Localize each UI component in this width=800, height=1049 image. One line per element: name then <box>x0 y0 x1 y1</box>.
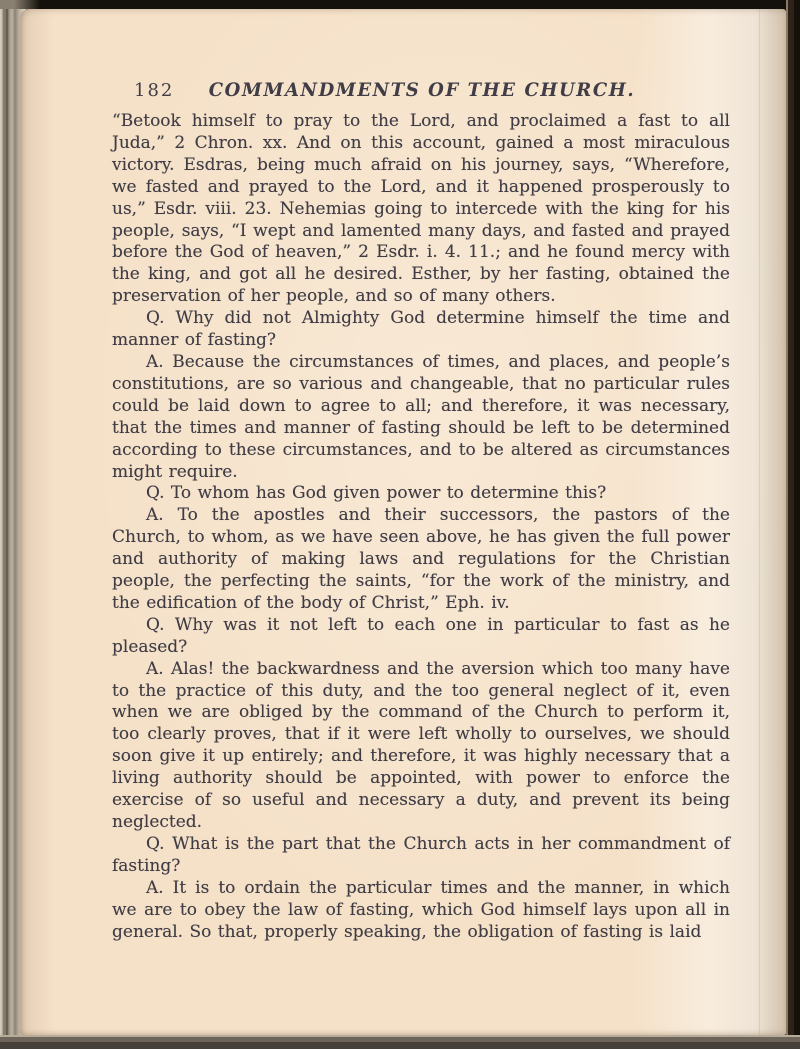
question-2: Q. To whom has God given power to determ… <box>112 483 730 505</box>
page-fore-edge-crease <box>759 9 760 1035</box>
answer-4: A. It is to ordain the particular times … <box>112 878 730 944</box>
running-title: COMMANDMENTS OF THE CHURCH. <box>112 80 732 101</box>
scan-top-border <box>0 0 800 9</box>
book-page: 182 COMMANDMENTS OF THE CHURCH. “Betook … <box>20 9 786 1035</box>
question-1: Q. Why did not Almighty God determine hi… <box>112 308 730 352</box>
scan-right-border <box>786 0 800 1049</box>
answer-3: A. Alas! the backwardness and the aversi… <box>112 659 730 834</box>
paragraph-continuation: “Betook himself to pray to the Lord, and… <box>112 111 730 308</box>
answer-2: A. To the apostles and their successors,… <box>112 505 730 615</box>
answer-1: A. Because the circumstances of times, a… <box>112 352 730 483</box>
scan-bottom-border <box>0 1035 800 1049</box>
page-text: “Betook himself to pray to the Lord, and… <box>112 111 730 943</box>
scanned-book-photo: 182 COMMANDMENTS OF THE CHURCH. “Betook … <box>0 0 800 1049</box>
question-3: Q. Why was it not left to each one in pa… <box>112 615 730 659</box>
question-4: Q. What is the part that the Church acts… <box>112 834 730 878</box>
running-header: 182 COMMANDMENTS OF THE CHURCH. <box>112 80 732 104</box>
